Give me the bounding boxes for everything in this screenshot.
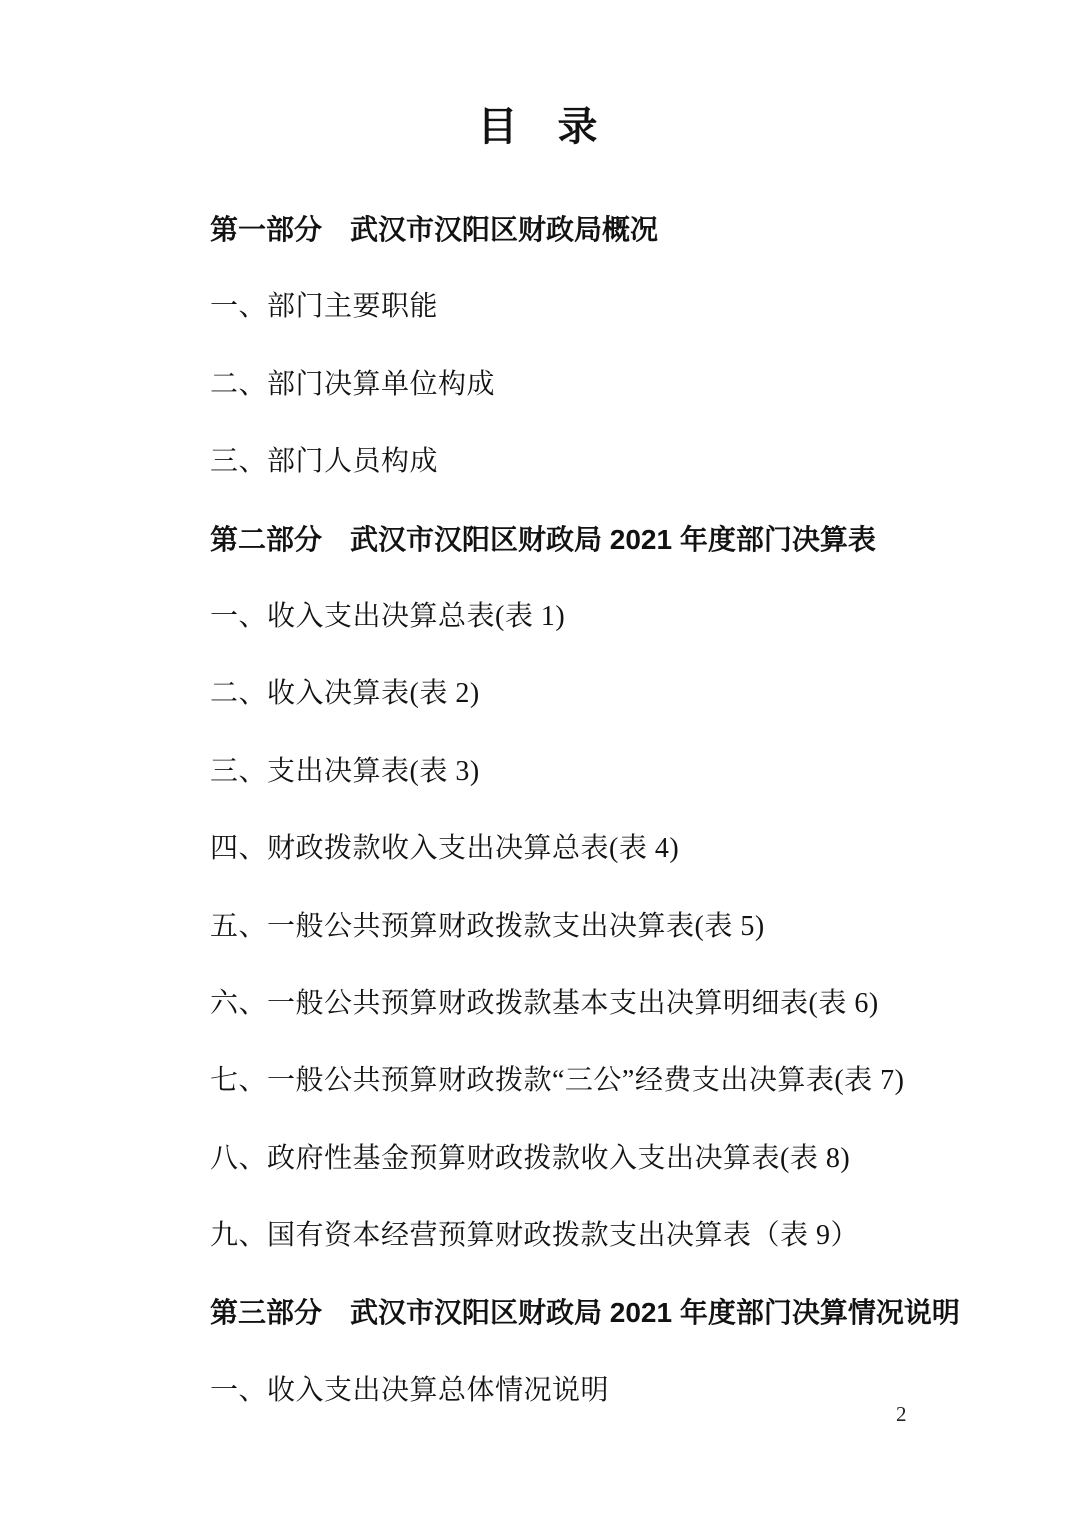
document-page: 目 录 第一部分 武汉市汉阳区财政局概况一、部门主要职能二、部门决算单位构成三、… [0, 0, 1075, 1520]
toc-item: 二、收入决算表(表 2) [210, 678, 1035, 755]
toc-section-heading: 第二部分 武汉市汉阳区财政局 2021 年度部门决算表 [210, 524, 1035, 601]
toc-item: 二、部门决算单位构成 [210, 369, 1035, 446]
toc-item: 五、一般公共预算财政拨款支出决算表(表 5) [210, 911, 1035, 988]
toc-item: 一、收入支出决算总体情况说明 [210, 1375, 1035, 1452]
toc-item: 一、部门主要职能 [210, 291, 1035, 368]
toc-list: 第一部分 武汉市汉阳区财政局概况一、部门主要职能二、部门决算单位构成三、部门人员… [210, 214, 1035, 1452]
toc-item: 六、一般公共预算财政拨款基本支出决算明细表(表 6) [210, 988, 1035, 1065]
toc-section-heading: 第三部分 武汉市汉阳区财政局 2021 年度部门决算情况说明 [210, 1297, 1035, 1374]
toc-item: 四、财政拨款收入支出决算总表(表 4) [210, 833, 1035, 910]
page-title: 目 录 [0, 104, 1075, 150]
toc-item: 一、收入支出决算总表(表 1) [210, 601, 1035, 678]
toc-item: 三、部门人员构成 [210, 446, 1035, 523]
toc-item: 九、国有资本经营预算财政拨款支出决算表（表 9） [210, 1220, 1035, 1297]
toc-item: 七、一般公共预算财政拨款“三公”经费支出决算表(表 7) [210, 1065, 1035, 1142]
toc-item: 八、政府性基金预算财政拨款收入支出决算表(表 8) [210, 1143, 1035, 1220]
toc-item: 三、支出决算表(表 3) [210, 756, 1035, 833]
toc-section-heading: 第一部分 武汉市汉阳区财政局概况 [210, 214, 1035, 291]
page-number: 2 [896, 1402, 907, 1426]
